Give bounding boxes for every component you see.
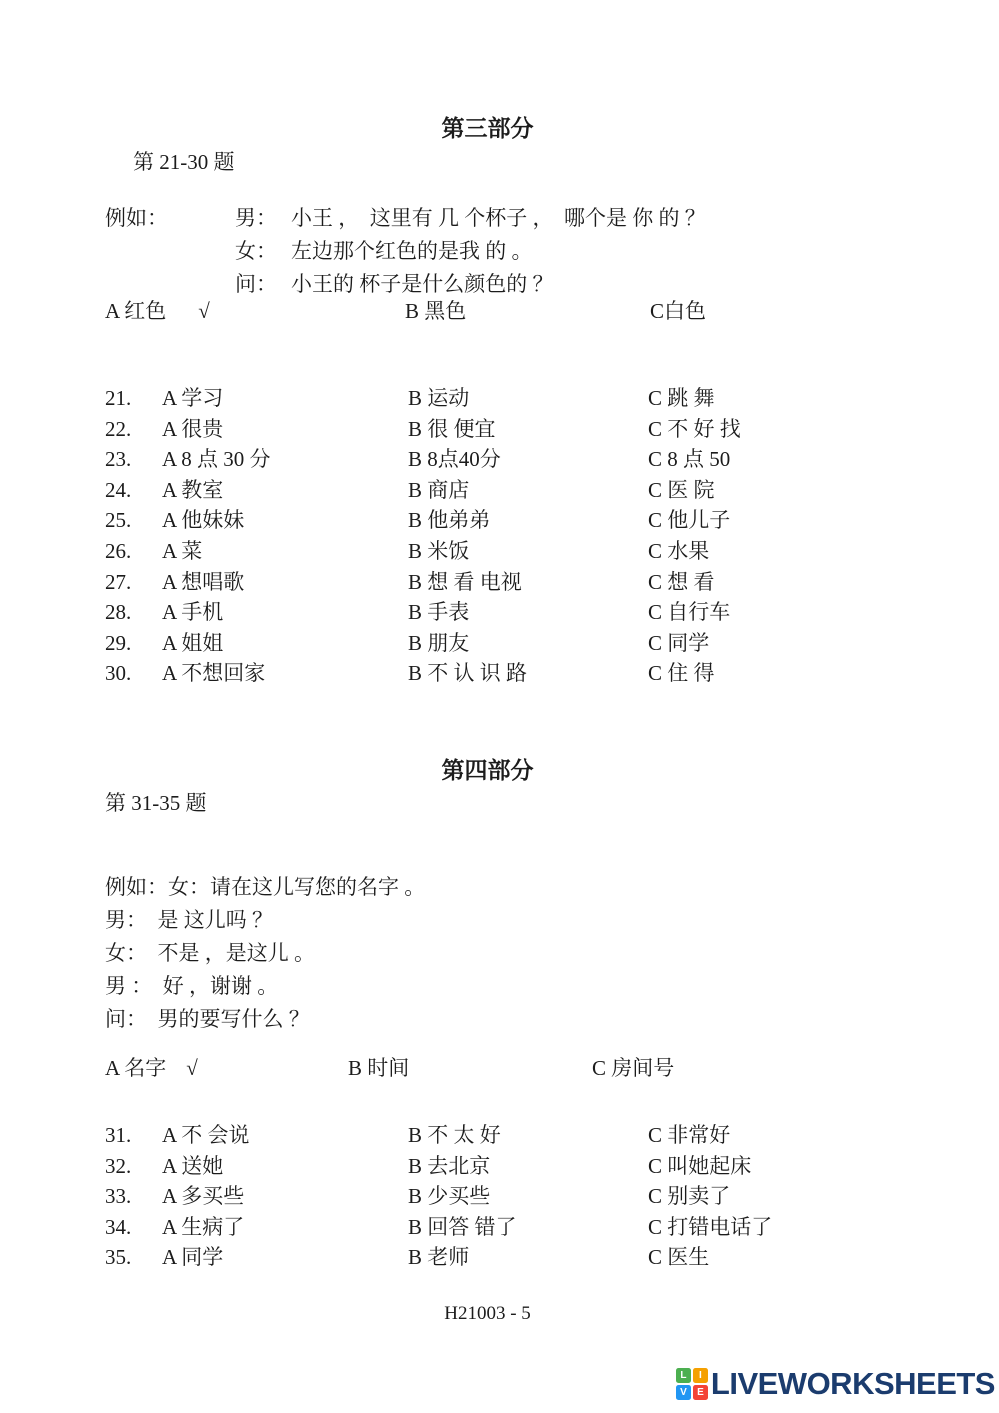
question-number: 33. xyxy=(105,1181,162,1212)
page-number-footer: H21003 - 5 xyxy=(0,1303,975,1325)
question-number: 24. xyxy=(105,475,162,506)
option-a: A 很贵 xyxy=(162,414,408,445)
option-c: C 医生 xyxy=(648,1242,772,1273)
question-number: 32. xyxy=(105,1151,162,1182)
option-c: C 同学 xyxy=(648,628,741,659)
dialogue-line: 例如： 男： 小王 ， 这里有 几 个杯子 ， 哪个是 你 的 ？ xyxy=(105,202,706,235)
question-number: 28. xyxy=(105,597,162,628)
worksheet-page: 第三部分 第 21-30 题 例如： 男： 小王 ， 这里有 几 个杯子 ， 哪… xyxy=(0,0,999,1413)
option-b: B 少买些 xyxy=(408,1181,648,1212)
option-a: A 他妹妹 xyxy=(162,505,408,536)
option-a: A 送她 xyxy=(162,1151,408,1182)
option-a: A 生病了 xyxy=(162,1212,408,1243)
option-c: C 自行车 xyxy=(648,597,741,628)
option-c: C 住 得 xyxy=(648,658,741,689)
option-b: B 想 看 电视 xyxy=(408,567,648,598)
option-a: A 多买些 xyxy=(162,1181,408,1212)
option-b: B 他弟弟 xyxy=(408,505,648,536)
option-a-text: A 红色 xyxy=(105,299,166,323)
question-row-25: 25. A 他妹妹 B 他弟弟 C 他儿子 xyxy=(105,505,741,536)
question-number: 31. xyxy=(105,1120,162,1151)
option-b: B 去北京 xyxy=(408,1151,648,1182)
question-row-26: 26. A 菜 B 米饭 C 水果 xyxy=(105,536,741,567)
dialogue-line: 女： 左边那个红色的是我 的 。 xyxy=(105,235,706,268)
dialogue-line: 女： 不是 ，是这儿 。 xyxy=(105,937,425,970)
dialogue-text: 小王 ， 这里有 几 个杯子 ， 哪个是 你 的 ？ xyxy=(291,202,706,235)
checkmark-icon: √ xyxy=(186,1056,198,1080)
option-b: B 回答 错了 xyxy=(408,1212,648,1243)
question-row-21: 21. A 学习 B 运动 C 跳 舞 xyxy=(105,383,741,414)
part3-question-range: 第 21-30 题 xyxy=(133,146,235,176)
example-option-c: C 房间号 xyxy=(592,1055,674,1081)
dialogue-text: 左边那个红色的是我 的 。 xyxy=(291,235,533,268)
option-b: B 手表 xyxy=(408,597,648,628)
question-row-29: 29. A 姐姐 B 朋友 C 同学 xyxy=(105,628,741,659)
dialogue-line: 问： 男的要写什么 ？ xyxy=(105,1003,425,1036)
option-a: A 8 点 30 分 xyxy=(162,444,408,475)
question-row-31: 31. A 不 会说 B 不 太 好 C 非常好 xyxy=(105,1120,772,1151)
dialogue-text: 小王的 杯子是什么颜色的 ？ xyxy=(291,268,554,301)
logo-tile-l: L xyxy=(676,1368,691,1383)
question-number: 30. xyxy=(105,658,162,689)
example-option-a: A 名字√ xyxy=(105,1055,198,1081)
part4-question-range: 第 31-35 题 xyxy=(105,787,207,817)
question-number: 27. xyxy=(105,567,162,598)
question-number: 22. xyxy=(105,414,162,445)
option-c: C 非常好 xyxy=(648,1120,772,1151)
option-c: C 水果 xyxy=(648,536,741,567)
option-c: C 医 院 xyxy=(648,475,741,506)
dialogue-line: 男： 是 这儿吗 ？ xyxy=(105,904,425,937)
part4-example-dialogue: 例如：女：请在这儿写您的名字 。 男： 是 这儿吗 ？ 女： 不是 ，是这儿 。… xyxy=(105,871,425,1036)
dialogue-line: 男 ： 好 ，谢谢 。 xyxy=(105,970,425,1003)
option-c: C 叫她起床 xyxy=(648,1151,772,1182)
option-c: C 他儿子 xyxy=(648,505,741,536)
option-b: B 米饭 xyxy=(408,536,648,567)
question-row-32: 32. A 送她 B 去北京 C 叫她起床 xyxy=(105,1151,772,1182)
part3-questions: 21. A 学习 B 运动 C 跳 舞 22. A 很贵 B 很 便宜 C 不 … xyxy=(105,383,741,689)
part3-example-dialogue: 例如： 男： 小王 ， 这里有 几 个杯子 ， 哪个是 你 的 ？ 女： 左边那… xyxy=(105,202,706,301)
question-row-30: 30. A 不想回家 B 不 认 识 路 C 住 得 xyxy=(105,658,741,689)
option-b: B 运动 xyxy=(408,383,648,414)
part4-questions: 31. A 不 会说 B 不 太 好 C 非常好 32. A 送她 B 去北京 … xyxy=(105,1120,772,1273)
question-row-24: 24. A 教室 B 商店 C 医 院 xyxy=(105,475,741,506)
example-label-spacer xyxy=(105,235,235,268)
option-c: C 8 点 50 xyxy=(648,444,741,475)
liveworksheets-grid-icon: L I V E xyxy=(676,1368,708,1400)
part3-title: 第三部分 xyxy=(0,110,975,143)
option-c: C 打错电话了 xyxy=(648,1212,772,1243)
option-b: B 不 太 好 xyxy=(408,1120,648,1151)
liveworksheets-logo[interactable]: L I V E LIVEWORKSHEETS xyxy=(676,1366,995,1402)
option-a: A 手机 xyxy=(162,597,408,628)
option-a: A 菜 xyxy=(162,536,408,567)
option-a-text: A 名字 xyxy=(105,1056,166,1080)
option-a: A 同学 xyxy=(162,1242,408,1273)
dialogue-line: 问： 小王的 杯子是什么颜色的 ？ xyxy=(105,268,706,301)
example-option-b: B 黑色 xyxy=(405,298,466,324)
option-c: C 想 看 xyxy=(648,567,741,598)
question-row-33: 33. A 多买些 B 少买些 C 别卖了 xyxy=(105,1181,772,1212)
option-a: A 想唱歌 xyxy=(162,567,408,598)
example-label-spacer xyxy=(105,268,235,301)
question-number: 35. xyxy=(105,1242,162,1273)
option-c: C 不 好 找 xyxy=(648,414,741,445)
option-a: A 姐姐 xyxy=(162,628,408,659)
option-c: C 别卖了 xyxy=(648,1181,772,1212)
option-a: A 不想回家 xyxy=(162,658,408,689)
option-b: B 商店 xyxy=(408,475,648,506)
question-row-23: 23. A 8 点 30 分 B 8点40分 C 8 点 50 xyxy=(105,444,741,475)
option-b: B 8点40分 xyxy=(408,444,648,475)
question-number: 34. xyxy=(105,1212,162,1243)
question-number: 21. xyxy=(105,383,162,414)
logo-tile-v: V xyxy=(676,1385,691,1400)
option-b: B 朋友 xyxy=(408,628,648,659)
part4-title: 第四部分 xyxy=(0,752,975,785)
option-b: B 不 认 识 路 xyxy=(408,658,648,689)
question-row-35: 35. A 同学 B 老师 C 医生 xyxy=(105,1242,772,1273)
example-label: 例如： xyxy=(105,202,235,235)
dialogue-line: 例如：女：请在这儿写您的名字 。 xyxy=(105,871,425,904)
question-number: 25. xyxy=(105,505,162,536)
question-row-27: 27. A 想唱歌 B 想 看 电视 C 想 看 xyxy=(105,567,741,598)
example-option-c: C白色 xyxy=(650,298,706,324)
speaker-label: 问： xyxy=(235,268,291,301)
option-a: A 不 会说 xyxy=(162,1120,408,1151)
question-number: 26. xyxy=(105,536,162,567)
liveworksheets-wordmark: LIVEWORKSHEETS xyxy=(711,1366,995,1402)
speaker-label: 男： xyxy=(235,202,291,235)
question-row-28: 28. A 手机 B 手表 C 自行车 xyxy=(105,597,741,628)
question-number: 29. xyxy=(105,628,162,659)
question-number: 23. xyxy=(105,444,162,475)
logo-tile-e: E xyxy=(693,1385,708,1400)
checkmark-icon: √ xyxy=(198,299,210,323)
speaker-label: 女： xyxy=(235,235,291,268)
example-option-a: A 红色√ xyxy=(105,298,210,324)
option-a: A 教室 xyxy=(162,475,408,506)
option-c: C 跳 舞 xyxy=(648,383,741,414)
example-option-b: B 时间 xyxy=(348,1055,409,1081)
option-a: A 学习 xyxy=(162,383,408,414)
question-row-22: 22. A 很贵 B 很 便宜 C 不 好 找 xyxy=(105,414,741,445)
option-b: B 老师 xyxy=(408,1242,648,1273)
option-b: B 很 便宜 xyxy=(408,414,648,445)
question-row-34: 34. A 生病了 B 回答 错了 C 打错电话了 xyxy=(105,1212,772,1243)
logo-tile-i: I xyxy=(693,1368,708,1383)
